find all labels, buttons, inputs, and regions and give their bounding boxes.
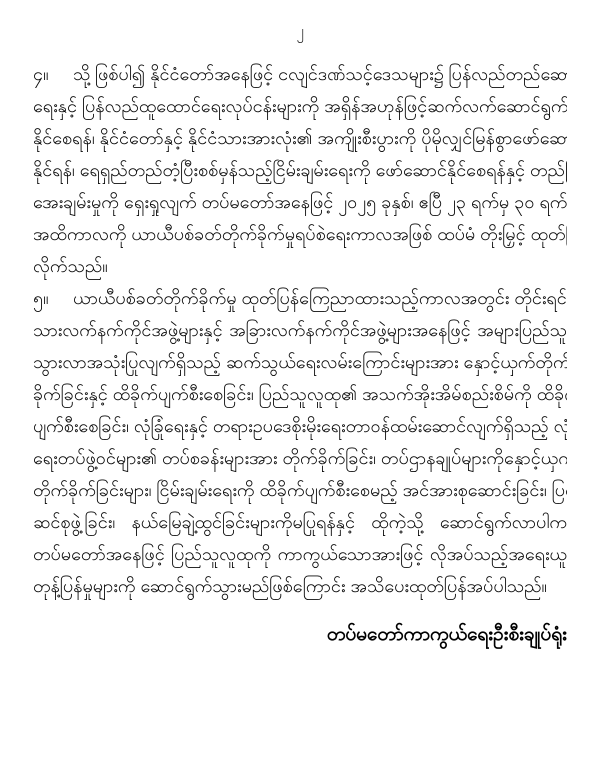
text-line: ပျက်စီးစေခြင်း၊ လုံခြုံရေးနှင့် တရားဥပဒေ… [33, 410, 567, 442]
text-line: ရေးနှင့် ပြန်လည်ထူထောင်ရေးလုပ်ငန်းများကိ… [33, 90, 567, 122]
signature-line: တပ်မတော်ကာကွယ်ရေးဦးစီးချုပ်ရုံး [33, 620, 567, 650]
text-line: ရေးတပ်ဖွဲ့ဝင်များ၏ တပ်စခန်းများအား တိုက်… [33, 442, 567, 474]
text-line: တိုက်ခိုက်ခြင်းများ၊ ငြိမ်းချမ်းရေးကို ထ… [33, 474, 567, 506]
page-number: ၂ [0, 0, 600, 42]
text-line: တပ်မတော်အနေဖြင့် ပြည်သူလူထုကို ကာကွယ်သော… [33, 538, 567, 570]
paragraph-first-line-text: သို့ဖြစ်ပါ၍ နိုင်ငံတော်အနေဖြင့် ငလျင်ဒဏ်… [73, 64, 567, 84]
text-line: ဆင်စုဖွဲ့ခြင်း၊ နယ်မြေချဲ့ထွင်ခြင်းများက… [33, 506, 567, 538]
paragraph-number: ၄။ [33, 58, 73, 90]
document-page: ၂ ၄။သို့ဖြစ်ပါ၍ နိုင်ငံတော်အနေဖြင့် ငလျင… [0, 0, 600, 762]
paragraph-number: ၅။ [33, 282, 73, 314]
document-body: ၄။သို့ဖြစ်ပါ၍ နိုင်ငံတော်အနေဖြင့် ငလျင်ဒ… [33, 58, 567, 602]
text-line: နိုင်ရန်၊ ရေရှည်တည်တံ့ပြီးစစ်မှန်သည့်ငြိ… [33, 154, 567, 186]
text-line: အထိကာလကို ယာယီပစ်ခတ်တိုက်ခိုက်မှုရပ်စဲရေ… [33, 218, 567, 250]
text-line: နိုင်စေရန်၊ နိုင်ငံတော်နှင့် နိုင်ငံသားအ… [33, 122, 567, 154]
text-line: ခိုက်ခြင်းနှင့် ထိခိုက်ပျက်စီးစေခြင်း၊ ပ… [33, 378, 567, 410]
text-line: သားလက်နက်ကိုင်အဖွဲ့များနှင့် အခြားလက်နက်… [33, 314, 567, 346]
text-line: ၄။သို့ဖြစ်ပါ၍ နိုင်ငံတော်အနေဖြင့် ငလျင်ဒ… [33, 58, 567, 90]
text-line: အေးချမ်းမှုကို ရှေးရှုလျက် တပ်မတော်အနေဖြ… [33, 186, 567, 218]
text-line: တုန့်ပြန်မှုများကို ဆောင်ရွက်သွားမည်ဖြစ်… [33, 570, 567, 602]
text-line: ၅။ယာယီပစ်ခတ်တိုက်ခိုက်မှု ထုတ်ပြန်ကြေညာထ… [33, 282, 567, 314]
text-line: သွားလာအသုံးပြုလျက်ရှိသည့် ဆက်သွယ်ရေးလမ်း… [33, 346, 567, 378]
paragraph-first-line-text: ယာယီပစ်ခတ်တိုက်ခိုက်မှု ထုတ်ပြန်ကြေညာထား… [73, 288, 567, 308]
text-line: လိုက်သည်။ [33, 250, 567, 282]
